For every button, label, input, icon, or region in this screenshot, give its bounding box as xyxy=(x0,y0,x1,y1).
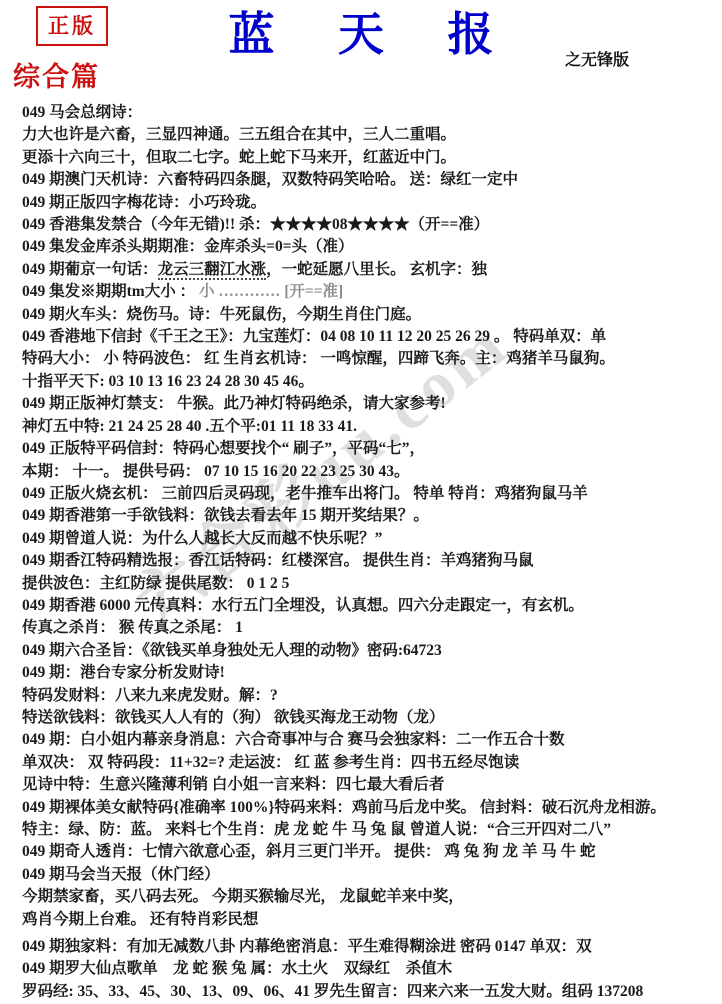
text-line: 049 期：港台专家分析发财诗! xyxy=(22,662,714,684)
text-segment: 049 马会总纲诗： xyxy=(22,104,142,121)
text-segment: 049 期裸体美女献特码{准确率 100%}特码来料：鸡前马后龙中奖。 信封料：… xyxy=(22,799,666,816)
text-segment: 049 期火车头：烧伤马。诗：牛死鼠伤，今期生肖住门庭。 xyxy=(22,306,421,323)
text-segment: 今期禁家畜，买八码去死。 今期买猴输尽光， 龙鼠蛇羊来中奖， xyxy=(22,888,464,905)
text-line: 见诗中特：生意兴隆薄利销 白小姐一言来料：四七最大看后者 xyxy=(22,774,714,796)
text-line: 049 期马会当天报（休门经） xyxy=(22,864,714,886)
text-line: 049 期：白小姐内幕亲身消息：六合奇事冲与合 赛马会独家料：二一作五合十数 xyxy=(22,729,714,751)
text-segment: 本期： 十一。 提供号码： 07 10 15 16 20 22 23 25 30… xyxy=(22,463,410,480)
lottery-tip-sheet: { "header": { "badge": "正版", "title": "蓝… xyxy=(0,0,722,1004)
text-line: 更添十六向三十，但取二七字。蛇上蛇下马来开，红蓝近中门。 xyxy=(22,147,714,169)
text-segment: 小 ………… [开==准] xyxy=(199,283,343,300)
text-line: 049 香港地下信封《千王之王》：九宝莲灯：04 08 10 11 12 20 … xyxy=(22,326,714,348)
text-segment: 龙云三翻江水涨 xyxy=(158,261,267,280)
text-segment: 049 期正版四字梅花诗：小巧玲珑。 xyxy=(22,194,266,211)
text-segment: 049 期曾道人说：为什么人越长大反而越不快乐呢？” xyxy=(22,530,382,547)
text-line: 049 期火车头：烧伤马。诗：牛死鼠伤，今期生肖住门庭。 xyxy=(22,304,714,326)
text-line: 049 期香港第一手欲钱料：欲钱去看去年 15 期开奖结果？。 xyxy=(22,505,714,527)
text-line: 049 期葡京一句话：龙云三翻江水涨，一蛇延愿八里长。 玄机字：独 xyxy=(22,259,714,281)
text-segment: 049 期香港 6000 元传真料：水行五门全埋没，认真想。四六分走跟定一，有玄… xyxy=(22,597,584,614)
text-segment: 049 期香江特码精选报：香江话特码：红楼深宫。 提供生肖：羊鸡猪狗马鼠 xyxy=(22,552,534,569)
text-segment: 049 期：港台专家分析发财诗! xyxy=(22,664,225,681)
text-line: 049 期澳门天机诗：六畜特码四条腿，双数特码笑哈哈。 送：绿红一定中 xyxy=(22,169,714,191)
text-line: 049 期正版四字梅花诗：小巧玲珑。 xyxy=(22,192,714,214)
text-segment: 特送欲钱料：欲钱买人人有的（狗） 欲钱买海龙王动物（龙） xyxy=(22,709,444,726)
text-segment: 特主：绿、防：蓝。 来料七个生肖：虎 龙 蛇 牛 马 兔 鼠 曾道人说：“合三开… xyxy=(22,821,611,838)
text-segment: 罗码经: 35、33、45、30、13、09、06、41 罗先生留言：四来六来一… xyxy=(22,983,643,1000)
section-heading: 综合篇 xyxy=(13,55,100,94)
text-segment: 049 期罗大仙点歌单 龙 蛇 猴 兔 属：水土火 双绿红 杀值木 xyxy=(22,960,452,977)
text-segment: 传真之杀肖： 猴 传真之杀尾： 1 xyxy=(22,619,243,636)
text-line: 049 集发※期期tm大小 ： 小 ………… [开==准] xyxy=(22,281,714,303)
text-segment: 049 期马会当天报（休门经） xyxy=(22,866,220,883)
tip-lines-container: 049 马会总纲诗：力大也许是六畜，三显四神通。三五组合在其中，三人二重唱。更添… xyxy=(22,102,714,1003)
text-line: 049 香港集发禁合（今年无错)!! 杀：★★★★08★★★★（开==准） xyxy=(22,214,714,236)
text-segment: 十指平天下: 03 10 13 16 23 24 28 30 45 46。 xyxy=(22,373,314,390)
text-line: 提供波色：主红防绿 提供尾数： 0 1 2 5 xyxy=(22,573,714,595)
text-segment: 049 期葡京一句话： xyxy=(22,261,158,278)
text-segment: 049 期香港第一手欲钱料：欲钱去看去年 15 期开奖结果？。 xyxy=(22,507,429,524)
text-segment: 049 期正版神灯禁支： 牛猴。此乃神灯特码绝杀，请大家参考! xyxy=(22,395,446,412)
text-line: 049 正版特平码信封：特码心想要找个“ 刷子”，平码“七”， xyxy=(22,438,714,460)
text-line: 049 期香港 6000 元传真料：水行五门全埋没，认真想。四六分走跟定一，有玄… xyxy=(22,595,714,617)
text-segment: ，一蛇延愿八里长。 玄机字：独 xyxy=(266,261,487,278)
text-segment: 鸡肖今期上台难。 还有特肖彩民想 xyxy=(22,911,258,928)
text-line: 单双决： 双 特码段：11+32=? 走运波： 红 蓝 参考生肖：四书五经尽饱读 xyxy=(22,752,714,774)
text-segment: 049 期六合圣旨：《欲钱买单身独处无人理的动物》密码:64723 xyxy=(22,642,442,659)
text-line: 力大也许是六畜，三显四神通。三五组合在其中，三人二重唱。 xyxy=(22,124,714,146)
text-segment: 049 集发金库杀头期期准：金库杀头=0=头（准） xyxy=(22,238,354,255)
text-line: 049 马会总纲诗： xyxy=(22,102,714,124)
text-segment: 见诗中特：生意兴隆薄利销 白小姐一言来料：四七最大看后者 xyxy=(22,776,444,793)
text-line: 049 期罗大仙点歌单 龙 蛇 猴 兔 属：水土火 双绿红 杀值木 xyxy=(22,958,714,980)
text-line: 049 期独家料：有加无减数八卦 内幕绝密消息：平生难得糊涂进 密码 0147 … xyxy=(22,936,714,958)
text-segment: 049 期：白小姐内幕亲身消息：六合奇事冲与合 赛马会独家料：二一作五合十数 xyxy=(22,731,565,748)
text-line: 特码大小： 小 特码波色： 红 生肖玄机诗： 一鸣惊醒，四蹄飞奔。主：鸡猪羊马鼠… xyxy=(22,348,714,370)
text-segment: 力大也许是六畜，三显四神通。三五组合在其中，三人二重唱。 xyxy=(22,126,456,143)
text-segment: 特码发财料：八来九来虎发财。解：? xyxy=(22,687,278,704)
text-line: 神灯五中特: 21 24 25 28 40 .五个平:01 11 18 33 4… xyxy=(22,416,714,438)
text-line: 049 正版火烧玄机： 三前四后灵码现，老牛推车出将门。 特单 特肖：鸡猪狗鼠马… xyxy=(22,483,714,505)
text-segment: 特码大小： 小 特码波色： 红 生肖玄机诗： 一鸣惊醒，四蹄飞奔。主：鸡猪羊马鼠… xyxy=(22,350,615,367)
text-line: 049 期裸体美女献特码{准确率 100%}特码来料：鸡前马后龙中奖。 信封料：… xyxy=(22,797,714,819)
text-line: 传真之杀肖： 猴 传真之杀尾： 1 xyxy=(22,617,714,639)
text-segment: 神灯五中特: 21 24 25 28 40 .五个平:01 11 18 33 4… xyxy=(22,418,357,435)
text-segment: 049 正版火烧玄机： 三前四后灵码现，老牛推车出将门。 特单 特肖：鸡猪狗鼠马… xyxy=(22,485,588,502)
text-segment: 更添十六向三十，但取二七字。蛇上蛇下马来开，红蓝近中门。 xyxy=(22,149,456,166)
text-segment: 提供波色：主红防绿 提供尾数： 0 1 2 5 xyxy=(22,575,289,592)
text-line: 今期禁家畜，买八码去死。 今期买猴输尽光， 龙鼠蛇羊来中奖， xyxy=(22,886,714,908)
text-line: 鸡肖今期上台难。 还有特肖彩民想 xyxy=(22,909,714,931)
text-line: 特码发财料：八来九来虎发财。解：? xyxy=(22,685,714,707)
text-segment: 049 期澳门天机诗：六畜特码四条腿，双数特码笑哈哈。 送：绿红一定中 xyxy=(22,171,518,188)
text-segment: 单双决： 双 特码段：11+32=? 走运波： 红 蓝 参考生肖：四书五经尽饱读 xyxy=(22,754,519,771)
text-line: 049 期香江特码精选报：香江话特码：红楼深宫。 提供生肖：羊鸡猪狗马鼠 xyxy=(22,550,714,572)
text-line: 049 期正版神灯禁支： 牛猴。此乃神灯特码绝杀，请大家参考! xyxy=(22,393,714,415)
text-line: 特送欲钱料：欲钱买人人有的（狗） 欲钱买海龙王动物（龙） xyxy=(22,707,714,729)
text-segment: 049 正版特平码信封：特码心想要找个“ 刷子”，平码“七”， xyxy=(22,440,425,457)
text-line: 049 期曾道人说：为什么人越长大反而越不快乐呢？” xyxy=(22,528,714,550)
text-line: 本期： 十一。 提供号码： 07 10 15 16 20 22 23 25 30… xyxy=(22,461,714,483)
text-segment: 049 期独家料：有加无减数八卦 内幕绝密消息：平生难得糊涂进 密码 0147 … xyxy=(22,938,592,955)
text-line: 049 期六合圣旨：《欲钱买单身独处无人理的动物》密码:64723 xyxy=(22,640,714,662)
text-line: 十指平天下: 03 10 13 16 23 24 28 30 45 46。 xyxy=(22,371,714,393)
text-segment: 049 香港地下信封《千王之王》：九宝莲灯：04 08 10 11 12 20 … xyxy=(22,328,606,345)
text-segment: 049 香港集发禁合（今年无错)!! 杀：★★★★08★★★★（开==准） xyxy=(22,216,489,233)
text-line: 特主：绿、防：蓝。 来料七个生肖：虎 龙 蛇 牛 马 兔 鼠 曾道人说：“合三开… xyxy=(22,819,714,841)
text-segment: 049 集发※期期tm大小 ： xyxy=(22,283,199,300)
text-segment: 049 期奇人透肖：七情六欲意心歪，斜月三更门半开。 提供： 鸡 兔 狗 龙 羊… xyxy=(22,843,596,860)
edition-label: 之无锋版 xyxy=(565,47,629,70)
text-line: 049 期奇人透肖：七情六欲意心歪，斜月三更门半开。 提供： 鸡 兔 狗 龙 羊… xyxy=(22,841,714,863)
text-line: 049 集发金库杀头期期准：金库杀头=0=头（准） xyxy=(22,236,714,258)
text-line: 罗码经: 35、33、45、30、13、09、06、41 罗先生留言：四来六来一… xyxy=(22,981,714,1003)
